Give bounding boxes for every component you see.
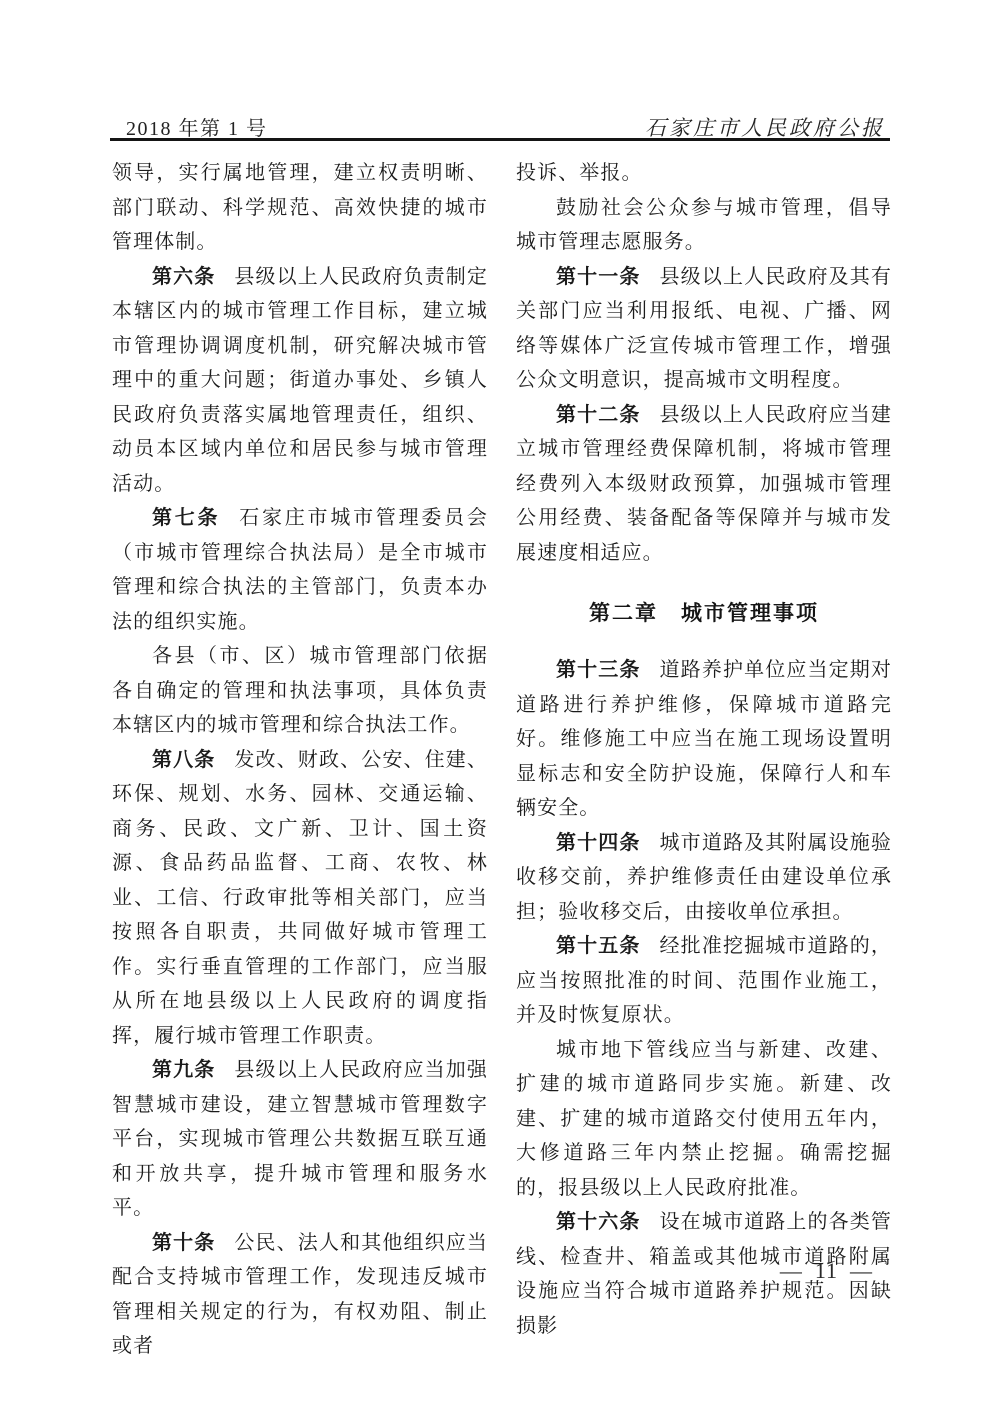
paragraph: 第八条发改、财政、公安、住建、环保、规划、水务、园林、交通运输、商务、民政、文广…	[112, 743, 488, 1054]
paragraph-text: 领导，实行属地管理，建立权责明晰、部门联动、科学规范、高效快捷的城市管理体制。	[112, 162, 488, 253]
paragraph-text: 投诉、举报。	[516, 162, 643, 184]
paragraph-text: 县级以上人民政府应当加强智慧城市建设，建立智慧城市管理数字平台，实现城市管理公共…	[112, 1059, 488, 1219]
paragraph-text: 县级以上人民政府负责制定本辖区内的城市管理工作目标，建立城市管理协调调度机制，研…	[112, 266, 488, 495]
paragraph-text: 鼓励社会公众参与城市管理，倡导城市管理志愿服务。	[516, 197, 892, 254]
paragraph: 第七条石家庄市城市管理委员会（市城市管理综合执法局）是全市城市管理和综合执法的主…	[112, 501, 488, 639]
right-column: 投诉、举报。鼓励社会公众参与城市管理，倡导城市管理志愿服务。第十一条县级以上人民…	[516, 156, 892, 1364]
article-number-label: 第九条	[152, 1059, 215, 1081]
article-number-label: 第八条	[152, 749, 215, 771]
article-number-label: 第十条	[152, 1232, 215, 1254]
paragraph: 第十一条县级以上人民政府及其有关部门应当利用报纸、电视、广播、网络等媒体广泛宣传…	[516, 260, 892, 398]
paragraph: 第十四条城市道路及其附属设施验收移交前，养护维修责任由建设单位承担；验收移交后，…	[516, 826, 892, 930]
paragraph: 第六条县级以上人民政府负责制定本辖区内的城市管理工作目标，建立城市管理协调调度机…	[112, 260, 488, 502]
two-column-body: 领导，实行属地管理，建立权责明晰、部门联动、科学规范、高效快捷的城市管理体制。第…	[112, 156, 892, 1364]
paragraph-text: 各县（市、区）城市管理部门依据各自确定的管理和执法事项，具体负责本辖区内的城市管…	[112, 645, 488, 736]
page-number-dash-right: —	[850, 1258, 873, 1284]
article-number-label: 第七条	[152, 507, 220, 529]
paragraph-text: 道路养护单位应当定期对道路进行养护维修，保障城市道路完好。维修施工中应当在施工现…	[516, 659, 892, 819]
paragraph: 各县（市、区）城市管理部门依据各自确定的管理和执法事项，具体负责本辖区内的城市管…	[112, 639, 488, 743]
page-number-dash-left: —	[780, 1258, 803, 1284]
article-number-label: 第十五条	[556, 935, 641, 957]
page-number: — 11 —	[780, 1258, 873, 1284]
article-number-label: 第十一条	[556, 266, 641, 288]
paragraph: 鼓励社会公众参与城市管理，倡导城市管理志愿服务。	[516, 191, 892, 260]
article-number-label: 第十四条	[556, 832, 641, 854]
chapter-heading: 第二章 城市管理事项	[516, 597, 892, 627]
paragraph: 第九条县级以上人民政府应当加强智慧城市建设，建立智慧城市管理数字平台，实现城市管…	[112, 1053, 488, 1226]
issue-label: 2018 年第 1 号	[112, 112, 268, 141]
paragraph: 投诉、举报。	[516, 156, 892, 191]
gazette-page: 2018 年第 1 号 石家庄市人民政府公报 领导，实行属地管理，建立权责明晰、…	[0, 0, 1000, 1414]
header-rule-divider	[110, 138, 890, 141]
paragraph-text: 县级以上人民政府应当建立城市管理经费保障机制，将城市管理经费列入本级财政预算，加…	[516, 404, 892, 564]
paragraph: 领导，实行属地管理，建立权责明晰、部门联动、科学规范、高效快捷的城市管理体制。	[112, 156, 488, 260]
paragraph: 第十三条道路养护单位应当定期对道路进行养护维修，保障城市道路完好。维修施工中应当…	[516, 653, 892, 826]
paragraph-text: 发改、财政、公安、住建、环保、规划、水务、园林、交通运输、商务、民政、文广新、卫…	[112, 749, 488, 1047]
paragraph-text: 城市地下管线应当与新建、改建、扩建的城市道路同步实施。新建、改建、扩建的城市道路…	[516, 1039, 892, 1199]
left-column: 领导，实行属地管理，建立权责明晰、部门联动、科学规范、高效快捷的城市管理体制。第…	[112, 156, 488, 1364]
paragraph: 城市地下管线应当与新建、改建、扩建的城市道路同步实施。新建、改建、扩建的城市道路…	[516, 1033, 892, 1206]
article-number-label: 第十三条	[556, 659, 641, 681]
paragraph: 第十二条县级以上人民政府应当建立城市管理经费保障机制，将城市管理经费列入本级财政…	[516, 398, 892, 571]
article-number-label: 第十二条	[556, 404, 641, 426]
paragraph: 第十五条经批准挖掘城市道路的，应当按照批准的时间、范围作业施工，并及时恢复原状。	[516, 929, 892, 1033]
article-number-label: 第六条	[152, 266, 215, 288]
article-number-label: 第十六条	[556, 1211, 641, 1233]
paragraph: 第十条公民、法人和其他组织应当配合支持城市管理工作，发现违反城市管理相关规定的行…	[112, 1226, 488, 1364]
page-number-value: 11	[815, 1258, 838, 1284]
